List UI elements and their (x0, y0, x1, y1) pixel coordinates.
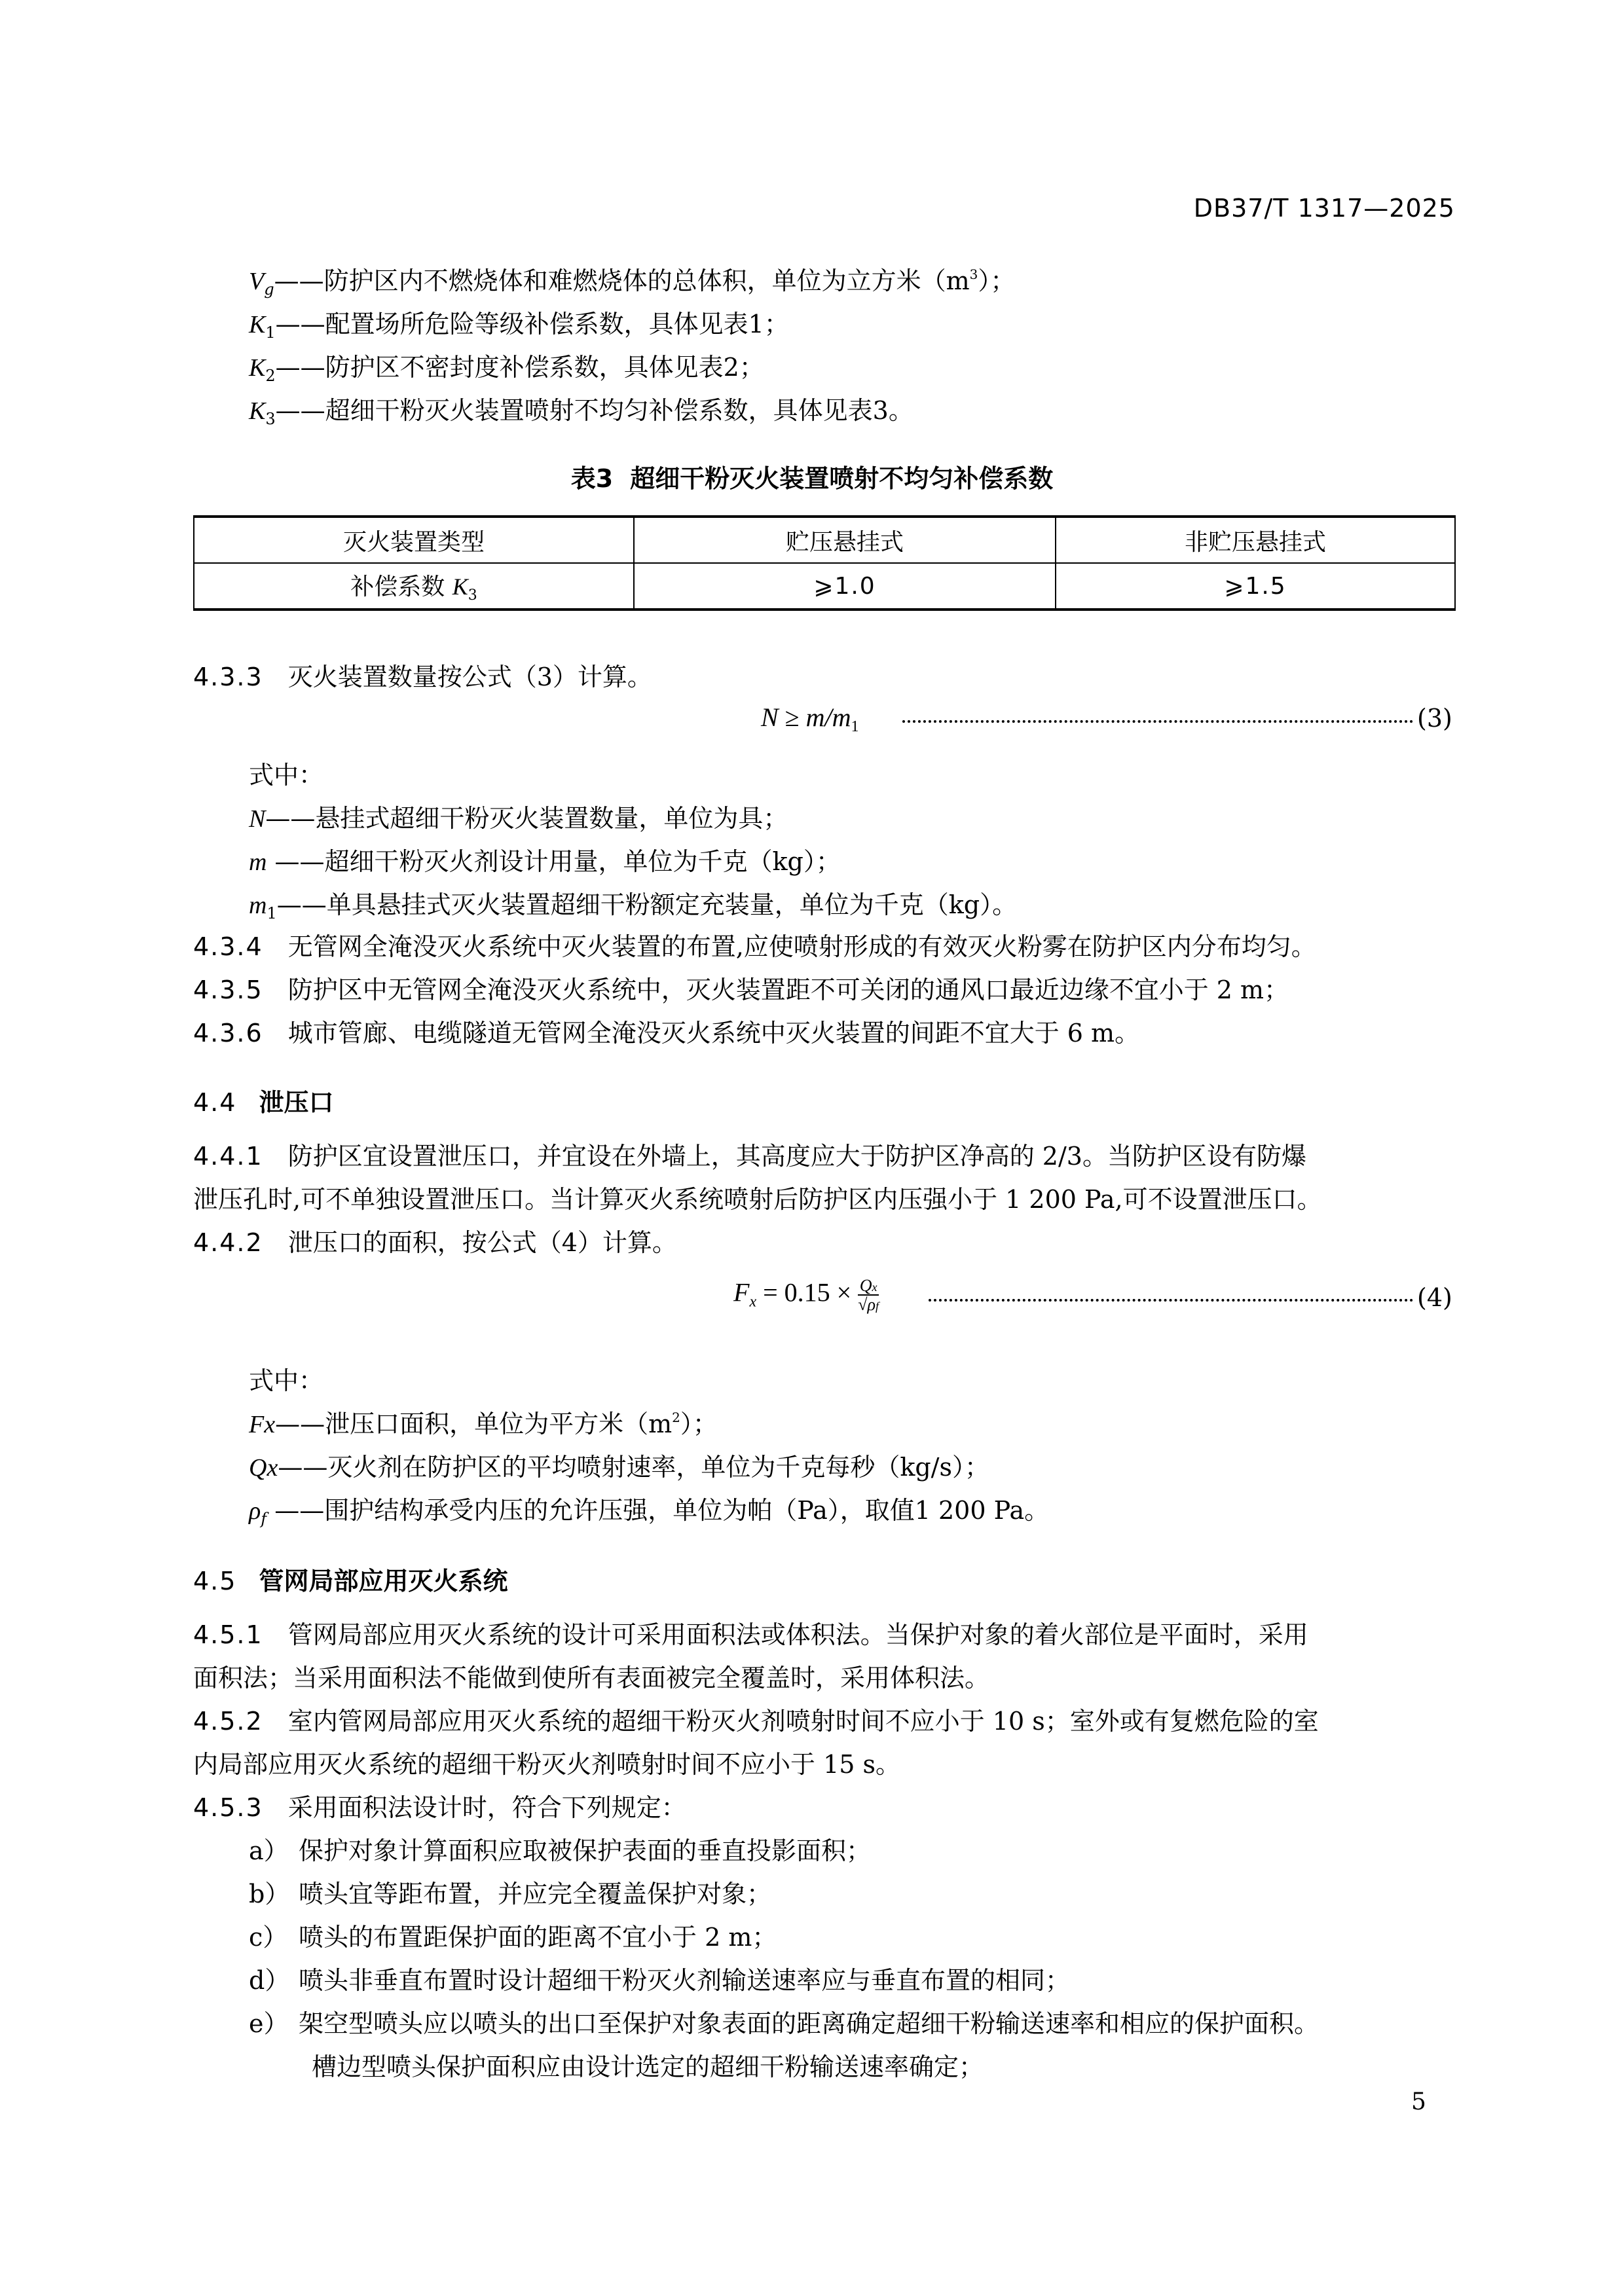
row-label-cell: 补偿系数 K3 (194, 563, 634, 610)
definition-n: N——悬挂式超细干粉灭火装置数量，单位为具； (249, 806, 788, 831)
list-item-c: c）喷头的布置距保护面的距离不宜小于 2 m； (249, 1925, 777, 1950)
table-caption: 超细干粉灭火装置喷射不均匀补偿系数 (630, 464, 1053, 493)
symbol: Fx (249, 1411, 275, 1438)
table-header-row: 灭火装置类型 贮压悬挂式 非贮压悬挂式 (194, 517, 1455, 563)
clause-4-5-1: 4.5.1管网局部应用灭火系统的设计可采用面积法或体积法。当保护对象的着火部位是… (193, 1622, 1308, 1647)
list-item-text: 喷头非垂直布置时设计超细干粉灭火剂输送速率应与垂直布置的相同； (299, 1966, 1070, 1995)
clause-text: 采用面积法设计时，符合下列规定： (288, 1793, 686, 1822)
dot-leader (902, 720, 1413, 723)
subscript: x (872, 1281, 877, 1294)
clause-number: 4.4.1 (193, 1142, 263, 1171)
list-item-e-continued: 槽边型喷头保护面积应由设计选定的超细干粉输送速率确定； (312, 2054, 984, 2079)
clause-number: 4.3.4 (193, 932, 263, 961)
clause-4-4-1-continued: 泄压孔时,可不单独设置泄压口。当计算灭火系统喷射后防护区内压强小于 1 200 … (193, 1187, 1322, 1212)
clause-text: 室内管网局部应用灭火系统的超细干粉灭火剂喷射时间不应小于 10 s；室外或有复燃… (288, 1707, 1319, 1736)
clause-number: 4.5.1 (193, 1620, 263, 1649)
clause-text: 防护区中无管网全淹没灭火系统中，灭火装置距不可关闭的通风口最近边缘不宜小于 2 … (288, 975, 1289, 1004)
compensation-coefficient-table: 灭火装置类型 贮压悬挂式 非贮压悬挂式 补偿系数 K3 ⩾1.0 ⩾1.5 (193, 515, 1456, 611)
clause-4-3-4: 4.3.4无管网全淹没灭火系统中灭火装置的布置,应使喷射形成的有效灭火粉雾在防护… (193, 934, 1316, 959)
clause-number: 4.3.3 (193, 663, 263, 691)
subscript: x (749, 1293, 756, 1310)
clause-number: 4.5.2 (193, 1707, 263, 1736)
list-item-label: e） (249, 2011, 299, 2036)
value-cell: ⩾1.0 (634, 563, 1056, 610)
section-title: 管网局部应用灭火系统 (259, 1567, 507, 1595)
header-cell: 灭火装置类型 (194, 517, 634, 563)
list-item-b: b）喷头宜等距布置，并应完全覆盖保护对象； (249, 1882, 771, 1906)
header-cell: 非贮压悬挂式 (1056, 517, 1455, 563)
superscript: 3 (970, 266, 978, 282)
list-item-text: 保护对象计算面积应取被保护表面的垂直投影面积； (299, 1836, 871, 1865)
fraction: Qx√ρf (858, 1277, 879, 1314)
list-item-text: 架空型喷头应以喷头的出口至保护对象表面的距离确定超细干粉输送速率和相应的保护面积… (299, 2009, 1319, 2038)
definition-text: ——超细干粉灭火装置喷射不均匀补偿系数，具体见表3。 (276, 396, 913, 425)
definition-tail: ）； (680, 1410, 718, 1438)
definition-text: ——配置场所危险等级补偿系数，具体见表1； (276, 310, 789, 338)
table-title: 表3超细干粉灭火装置喷射不均匀补偿系数 (0, 458, 1624, 494)
clause-text: 城市管廊、电缆隧道无管网全淹没灭火系统中灭火装置的间距不宜大于 6 m。 (288, 1019, 1139, 1048)
definition-k3: K3——超细干粉灭火装置喷射不均匀补偿系数，具体见表3。 (249, 398, 913, 427)
symbol: K (249, 311, 265, 338)
symbol: m (249, 848, 267, 876)
dot-leader (929, 1299, 1413, 1302)
section-heading-4-5: 4.5管网局部应用灭火系统 (193, 1561, 507, 1597)
definition-m1: m1——单具悬挂式灭火装置超细干粉额定充装量，单位为千克（kg）。 (249, 892, 1017, 921)
equation-number: (3) (1417, 704, 1452, 733)
symbol: m (249, 892, 267, 919)
definition-fx: Fx——泄压口面积，单位为平方米（m2）； (249, 1412, 718, 1437)
symbol: K (249, 397, 265, 425)
subscript: f (261, 1510, 267, 1528)
symbol: Qx (249, 1454, 278, 1482)
definition-text: ——超细干粉灭火剂设计用量，单位为千克（kg）； (267, 847, 840, 876)
section-number: 4.4 (193, 1088, 236, 1117)
clause-4-5-1-continued: 面积法；当采用面积法不能做到使所有表面被完全覆盖时，采用体积法。 (193, 1666, 989, 1690)
clause-4-5-3: 4.5.3采用面积法设计时，符合下列规定： (193, 1795, 686, 1820)
formula-4: Fx = 0.15 × Qx√ρf (733, 1277, 879, 1314)
list-item-label: d） (249, 1968, 299, 1993)
numerator: Qx (858, 1277, 879, 1296)
symbol: K (249, 354, 265, 382)
document-id: DB37/T 1317—2025 (1194, 194, 1455, 223)
clause-4-3-6: 4.3.6城市管廊、电缆隧道无管网全淹没灭火系统中灭火装置的间距不宜大于 6 m… (193, 1021, 1139, 1046)
page-number: 5 (1411, 2088, 1426, 2115)
section-heading-4-4: 4.4泄压口 (193, 1082, 333, 1118)
where-label: 式中： (249, 1368, 323, 1393)
formula-rhs: m/m (806, 702, 851, 732)
formula-lhs: N (761, 702, 779, 732)
clause-4-4-1: 4.4.1防护区宜设置泄压口，并宜设在外墙上，其高度应大于防护区净高的 2/3。… (193, 1144, 1306, 1169)
definition-text: ——防护区内不燃烧体和难燃烧体的总体积，单位为立方米（m (274, 266, 970, 295)
symbol: K (452, 574, 468, 600)
list-item-a: a）保护对象计算面积应取被保护表面的垂直投影面积； (249, 1838, 871, 1863)
equation-number: (4) (1417, 1283, 1452, 1312)
where-label: 式中： (249, 763, 323, 788)
clause-4-3-5: 4.3.5防护区中无管网全淹没灭火系统中，灭火装置距不可关闭的通风口最近边缘不宜… (193, 977, 1289, 1002)
subscript: 1 (267, 904, 276, 922)
clause-text: 防护区宜设置泄压口，并宜设在外墙上，其高度应大于防护区净高的 2/3。当防护区设… (288, 1142, 1306, 1171)
list-item-label: c） (249, 1925, 299, 1950)
definition-text: ——单具悬挂式灭火装置超细干粉额定充装量，单位为千克（kg）。 (277, 890, 1017, 919)
row-label: 补偿系数 (350, 574, 452, 600)
section-number: 4.5 (193, 1567, 236, 1595)
definition-vg: Vg——防护区内不燃烧体和难燃烧体的总体积，单位为立方米（m3）； (249, 268, 1015, 297)
section-title: 泄压口 (259, 1088, 333, 1117)
subscript: g (264, 280, 274, 299)
definition-text: ——泄压口面积，单位为平方米（m (275, 1410, 672, 1438)
clause-text: 灭火装置数量按公式（3）计算。 (288, 663, 652, 691)
table-row: 补偿系数 K3 ⩾1.0 ⩾1.5 (194, 563, 1455, 610)
clause-4-3-3: 4.3.3灭火装置数量按公式（3）计算。 (193, 665, 652, 689)
clause-number: 4.3.5 (193, 975, 263, 1004)
numerator-symbol: Q (860, 1276, 872, 1295)
definition-m: m ——超细干粉灭火剂设计用量，单位为千克（kg）； (249, 849, 841, 875)
clause-number: 4.4.2 (193, 1228, 263, 1257)
clause-number: 4.5.3 (193, 1793, 263, 1822)
list-item-e: e）架空型喷头应以喷头的出口至保护对象表面的距离确定超细干粉输送速率和相应的保护… (249, 2011, 1319, 2036)
definition-text: ——灭火剂在防护区的平均喷射速率，单位为千克每秒（kg/s）； (278, 1453, 989, 1482)
definition-text: ——防护区不密封度补偿系数，具体见表2； (276, 353, 764, 382)
definition-text: ——围护结构承受内压的允许压强，单位为帕（Pa），取值1 200 Pa。 (267, 1496, 1049, 1525)
list-item-label: a） (249, 1838, 299, 1863)
symbol: V (249, 268, 264, 295)
clause-4-4-2: 4.4.2泄压口的面积，按公式（4）计算。 (193, 1230, 677, 1255)
formula-3: N ≥ m/m1 (761, 702, 859, 736)
table-number: 表3 (571, 464, 613, 493)
definition-text: ——悬挂式超细干粉灭火装置数量，单位为具； (265, 804, 788, 833)
value-cell: ⩾1.5 (1056, 563, 1455, 610)
subscript: 3 (468, 587, 477, 604)
formula-lhs: F (733, 1277, 749, 1307)
subscript: 1 (851, 718, 859, 735)
header-cell: 贮压悬挂式 (634, 517, 1056, 563)
definition-tail: ）； (978, 266, 1015, 295)
subscript: 2 (265, 367, 275, 385)
symbol: ρ (249, 1497, 261, 1525)
denominator-symbol: √ρ (858, 1295, 876, 1314)
formula-operator: = 0.15 × (756, 1277, 858, 1307)
clause-text: 管网局部应用灭火系统的设计可采用面积法或体积法。当保护对象的着火部位是平面时，采… (288, 1620, 1308, 1649)
clause-4-5-2-continued: 内局部应用灭火系统的超细干粉灭火剂喷射时间不应小于 15 s。 (193, 1752, 900, 1777)
clause-4-5-2: 4.5.2室内管网局部应用灭火系统的超细干粉灭火剂喷射时间不应小于 10 s；室… (193, 1709, 1319, 1734)
definition-rho-f: ρf ——围护结构承受内压的允许压强，单位为帕（Pa），取值1 200 Pa。 (249, 1498, 1049, 1527)
subscript: 3 (265, 410, 275, 428)
list-item-text: 喷头宜等距布置，并应完全覆盖保护对象； (299, 1880, 771, 1908)
clause-number: 4.3.6 (193, 1019, 263, 1048)
formula-operator: ≥ (779, 702, 806, 732)
denominator: √ρf (858, 1296, 879, 1313)
definition-k2: K2——防护区不密封度补偿系数，具体见表2； (249, 355, 764, 384)
list-item-text: 喷头的布置距保护面的距离不宜小于 2 m； (299, 1923, 777, 1952)
clause-text: 泄压口的面积，按公式（4）计算。 (288, 1228, 677, 1257)
superscript: 2 (672, 1410, 680, 1425)
subscript: f (876, 1300, 879, 1313)
list-item-d: d）喷头非垂直布置时设计超细干粉灭火剂输送速率应与垂直布置的相同； (249, 1968, 1070, 1993)
subscript: 1 (265, 323, 275, 342)
clause-text: 无管网全淹没灭火系统中灭火装置的布置,应使喷射形成的有效灭火粉雾在防护区内分布均… (288, 932, 1316, 961)
definition-qx: Qx——灭火剂在防护区的平均喷射速率，单位为千克每秒（kg/s）； (249, 1455, 989, 1480)
list-item-label: b） (249, 1882, 299, 1906)
symbol: N (249, 805, 265, 833)
definition-k1: K1——配置场所危险等级补偿系数，具体见表1； (249, 312, 789, 340)
